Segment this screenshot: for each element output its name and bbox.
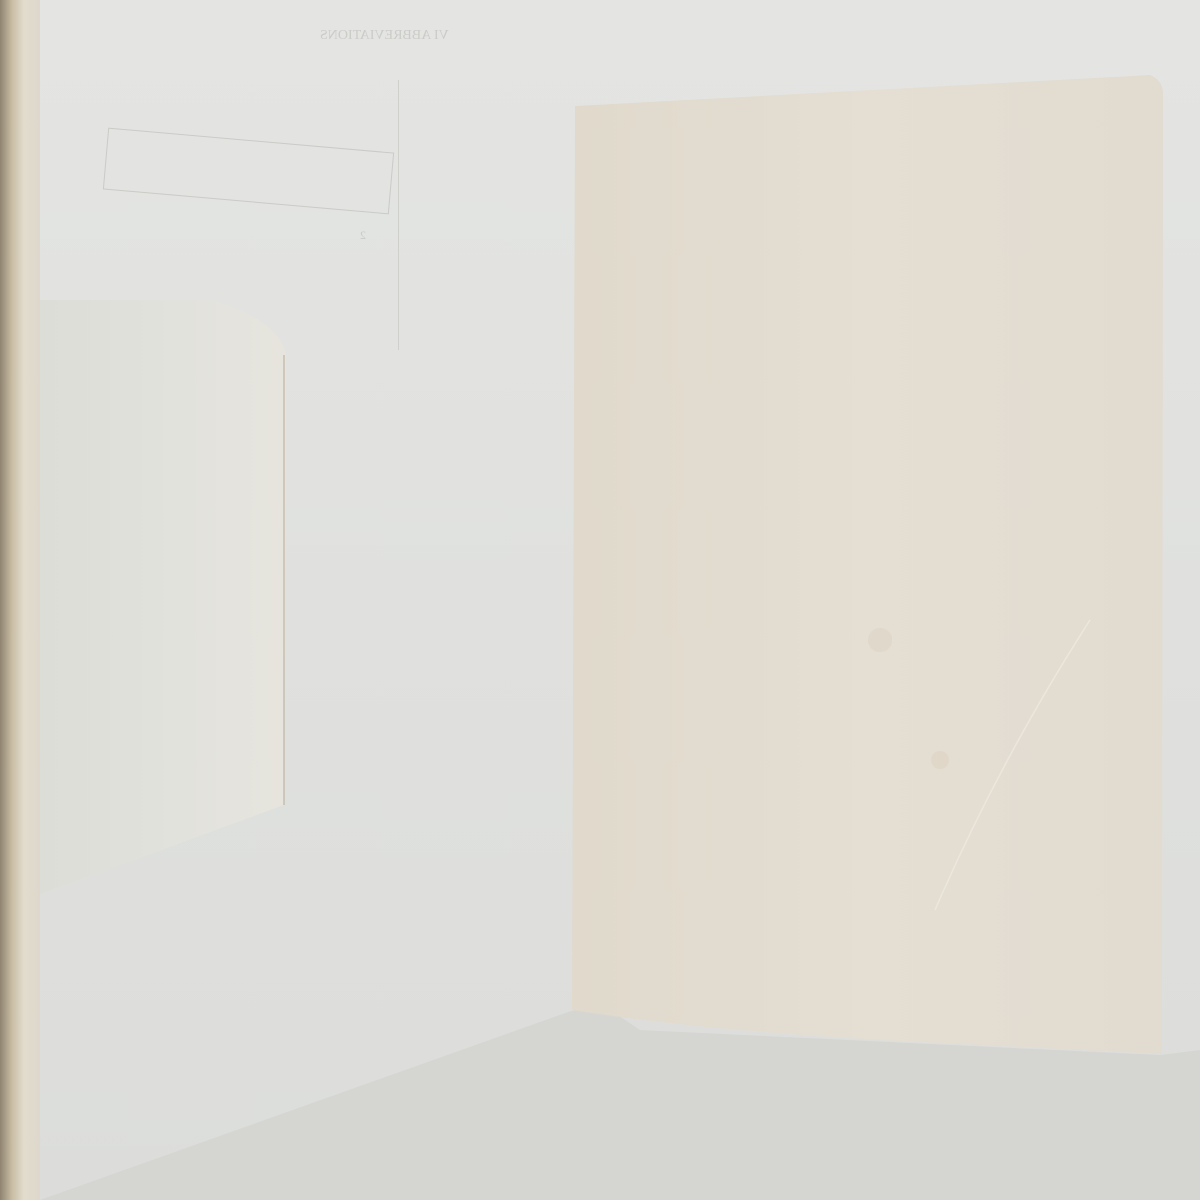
ghost-column-rule — [398, 80, 399, 350]
ghost-heading: VI ABBREVIATIONS — [320, 28, 449, 44]
ghost-number: 2 — [360, 228, 366, 243]
